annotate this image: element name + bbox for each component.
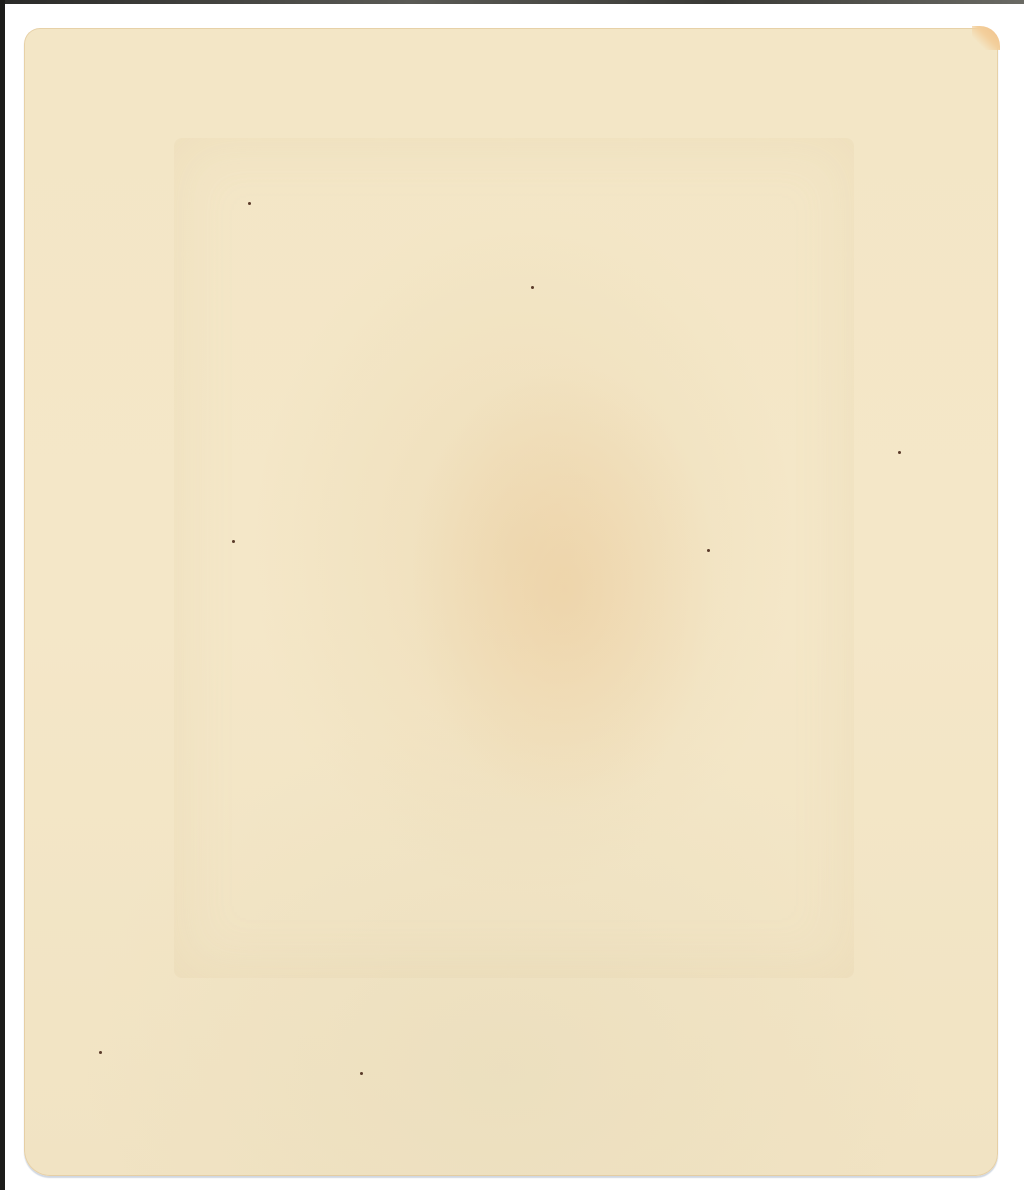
corner-wear (972, 26, 1000, 50)
scan-edge-top (0, 0, 1024, 4)
speck (248, 202, 251, 205)
speck (898, 451, 901, 454)
speck (707, 549, 710, 552)
scan-edge-left (0, 0, 5, 1190)
speck (232, 540, 235, 543)
speck (531, 286, 534, 289)
speck (360, 1072, 363, 1075)
speck (99, 1051, 102, 1054)
aged-card (24, 28, 998, 1176)
